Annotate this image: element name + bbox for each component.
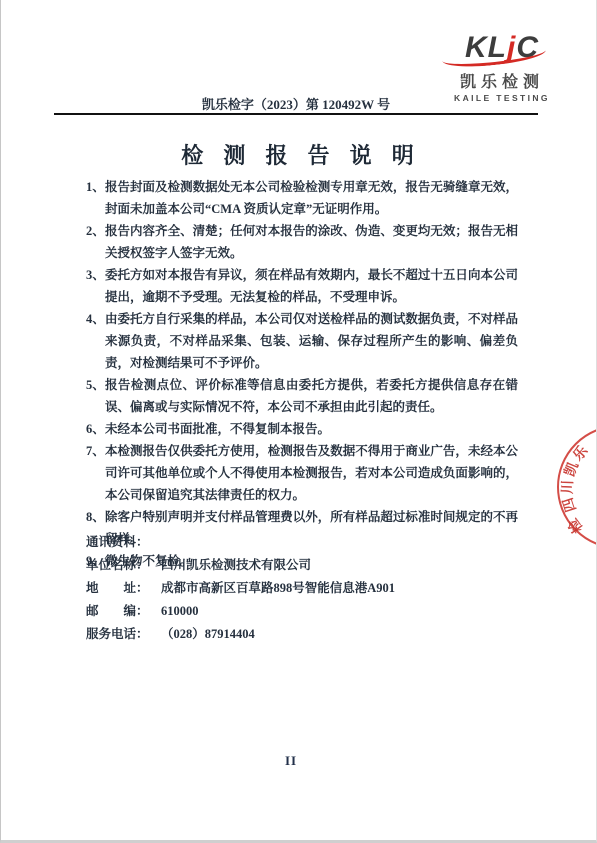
contact-row-1: 单位名称：四川凯乐检测技术有限公司	[86, 554, 518, 577]
contact-rows: 单位名称：四川凯乐检测技术有限公司地 址：成都市高新区百草路898号智能信息港A…	[86, 554, 518, 646]
page-number: II	[86, 753, 496, 769]
note-text: 由委托方自行采集的样品，本公司仅对送检样品的测试数据负责，不对样品来源负责，不对…	[105, 308, 518, 374]
doc-number-row: 凯乐检字（2023）第 120492W 号	[54, 94, 538, 115]
note-item-3: 3、委托方如对本报告有异议，须在样品有效期内，最长不超过十五日向本公司提出，逾期…	[86, 264, 518, 308]
note-text: 报告封面及检测数据处无本公司检验检测专用章无效，报告无骑缝章无效，封面未加盖本公…	[105, 176, 518, 220]
logo-swoosh-icon	[441, 41, 546, 71]
note-item-6: 6、未经本公司书面批准，不得复制本报告。	[86, 418, 518, 440]
contact-section: 通讯资料： 单位名称：四川凯乐检测技术有限公司地 址：成都市高新区百草路898号…	[86, 531, 518, 646]
note-text: 委托方如对本报告有异议，须在样品有效期内，最长不超过十五日向本公司提出，逾期不予…	[105, 264, 518, 308]
company-logo: KLjC 凯乐检测 KAILE TESTING	[434, 33, 570, 103]
header-divider	[54, 113, 538, 115]
contact-heading: 通讯资料：	[86, 531, 518, 554]
note-number: 7、	[86, 440, 105, 506]
page-title: 检 测 报 告 说 明	[86, 139, 516, 170]
note-item-2: 2、报告内容齐全、清楚；任何对本报告的涂改、伪造、变更均无效；报告无相关授权签字…	[86, 220, 518, 264]
contact-value: 610000	[161, 600, 518, 623]
note-text: 报告内容齐全、清楚；任何对本报告的涂改、伪造、变更均无效；报告无相关授权签字人签…	[105, 220, 518, 264]
note-number: 6、	[86, 418, 105, 440]
contact-label: 地 址：	[86, 577, 161, 600]
contact-label: 服务电话：	[86, 623, 161, 646]
note-number: 3、	[86, 264, 105, 308]
contact-value: （028）87914404	[161, 623, 518, 646]
note-item-1: 1、报告封面及检测数据处无本公司检验检测专用章无效，报告无骑缝章无效，封面未加盖…	[86, 176, 518, 220]
note-number: 2、	[86, 220, 105, 264]
note-item-4: 4、由委托方自行采集的样品，本公司仅对送检样品的测试数据负责，不对样品来源负责，…	[86, 308, 518, 374]
note-item-5: 5、报告检测点位、评价标准等信息由委托方提供，若委托方提供信息存在错误、偏离或与…	[86, 374, 518, 418]
contact-label: 邮 编：	[86, 600, 161, 623]
logo-wordmark: KLjC	[434, 33, 570, 63]
contact-label: 单位名称：	[86, 554, 161, 577]
document-page: KLjC 凯乐检测 KAILE TESTING 凯乐检字（2023）第 1204…	[0, 0, 597, 843]
logo-chinese-name: 凯乐检测	[434, 69, 570, 92]
note-number: 1、	[86, 176, 105, 220]
contact-value: 成都市高新区百草路898号智能信息港A901	[161, 577, 518, 600]
notes-list: 1、报告封面及检测数据处无本公司检验检测专用章无效，报告无骑缝章无效，封面未加盖…	[86, 176, 518, 572]
contact-row-4: 服务电话：（028）87914404	[86, 623, 518, 646]
note-item-7: 7、本检测报告仅供委托方使用，检测报告及数据不得用于商业广告，未经本公司许可其他…	[86, 440, 518, 506]
note-text: 报告检测点位、评价标准等信息由委托方提供，若委托方提供信息存在错误、偏离或与实际…	[105, 374, 518, 418]
note-text: 本检测报告仅供委托方使用，检测报告及数据不得用于商业广告，未经本公司许可其他单位…	[105, 440, 518, 506]
contact-row-2: 地 址：成都市高新区百草路898号智能信息港A901	[86, 577, 518, 600]
note-number: 4、	[86, 308, 105, 374]
contact-value: 四川凯乐检测技术有限公司	[161, 554, 518, 577]
contact-row-3: 邮 编：610000	[86, 600, 518, 623]
seal-character: 川	[557, 480, 577, 495]
note-text: 未经本公司书面批准，不得复制本报告。	[105, 418, 518, 440]
note-number: 5、	[86, 374, 105, 418]
document-number: 凯乐检字（2023）第 120492W 号	[192, 94, 400, 115]
